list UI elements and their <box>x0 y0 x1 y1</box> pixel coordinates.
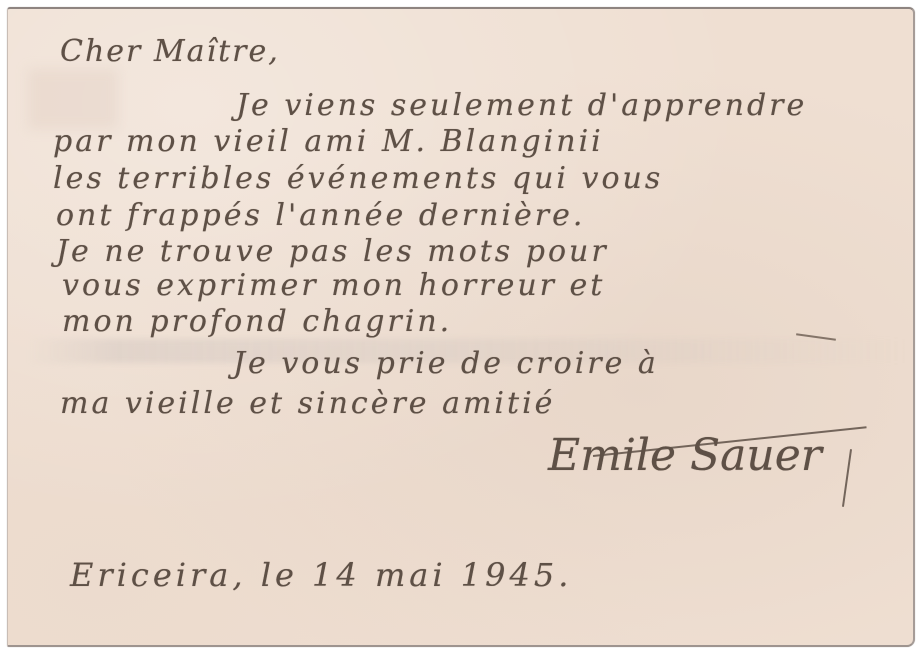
body-line-2: par mon vieil ami M. Blanginii <box>53 127 604 157</box>
body-line-7: mon profond chagrin. <box>62 307 452 337</box>
body-line-5: Je ne trouve pas les mots pour <box>56 237 609 267</box>
closing-line-1: Je vous prie de croire à <box>233 349 659 379</box>
faded-stain <box>28 69 118 129</box>
body-line-1: Je viens seulement d'apprendre <box>236 91 807 121</box>
salutation: Cher Maître, <box>60 37 280 67</box>
body-line-4: ont frappés l'année dernière. <box>56 201 585 231</box>
closing-line-2: ma vieille et sincère amitié <box>60 389 555 419</box>
body-line-3: les terribles événements qui vous <box>53 164 663 194</box>
signature-tail <box>842 449 852 507</box>
postcard: Cher Maître, Je viens seulement d'appren… <box>7 7 915 647</box>
body-line-6: vous exprimer mon horreur et <box>62 271 605 301</box>
signature: Emile Sauer <box>548 434 822 478</box>
place-and-date: Ericeira, le 14 mai 1945. <box>70 559 572 591</box>
